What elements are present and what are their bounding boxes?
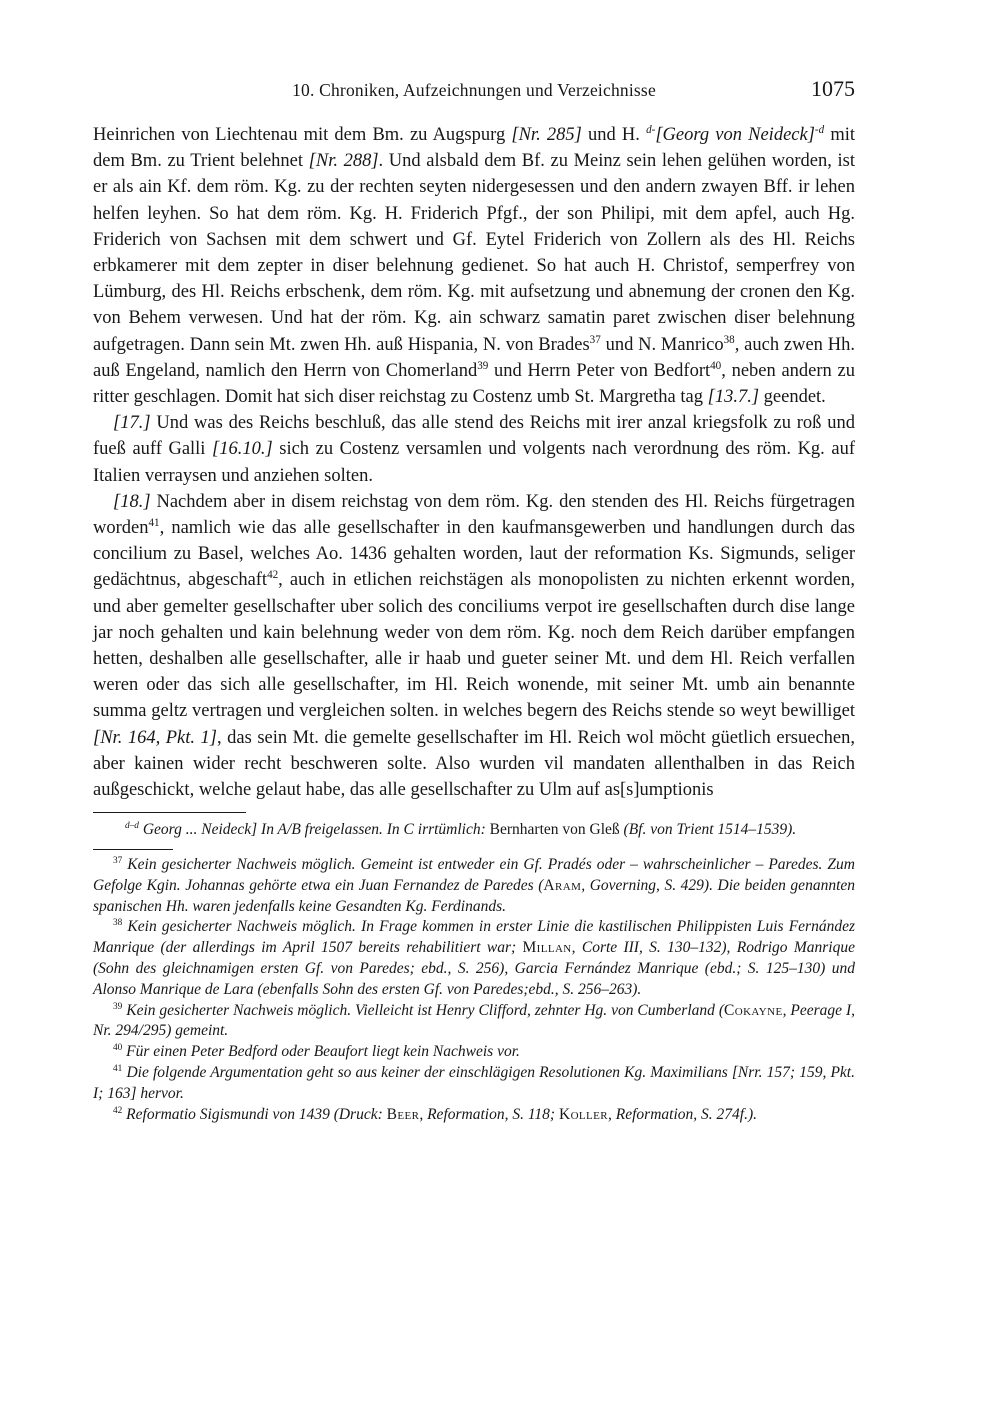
running-header: 10. Chroniken, Aufzeichnungen und Verzei… [93,80,855,110]
running-title: 10. Chroniken, Aufzeichnungen und Verzei… [93,80,855,101]
footnote-37: 37 Kein gesicherter Nachweis möglich. Ge… [93,855,855,917]
apparatus-note-d: d–d Georg ... Neideck] In A/B freigelass… [93,820,855,841]
footnote-42: 42 Reformatio Sigismundi von 1439 (Druck… [93,1105,855,1126]
footnote-38: 38 Kein gesicherter Nachweis möglich. In… [93,917,855,1000]
paragraph-continuation: Heinrichen von Liechtenau mit dem Bm. zu… [93,122,855,410]
notes-section: d–d Georg ... Neideck] In A/B freigelass… [93,812,855,1125]
footnote-41: 41 Die folgende Argumentation geht so au… [93,1063,855,1105]
apparatus-separator-rule [93,812,246,813]
footnote-separator-rule [93,849,173,850]
footnote-39: 39 Kein gesicherter Nachweis möglich. Vi… [93,1001,855,1043]
page-number: 1075 [811,76,855,102]
book-page: 10. Chroniken, Aufzeichnungen und Verzei… [0,0,1004,1418]
main-text: Heinrichen von Liechtenau mit dem Bm. zu… [93,122,855,803]
paragraph-section-17: [17.] Und was des Reichs beschluß, das a… [93,410,855,489]
footnote-40: 40 Für einen Peter Bedford oder Beaufort… [93,1042,855,1063]
paragraph-section-18: [18.] Nachdem aber in disem reichstag vo… [93,489,855,803]
